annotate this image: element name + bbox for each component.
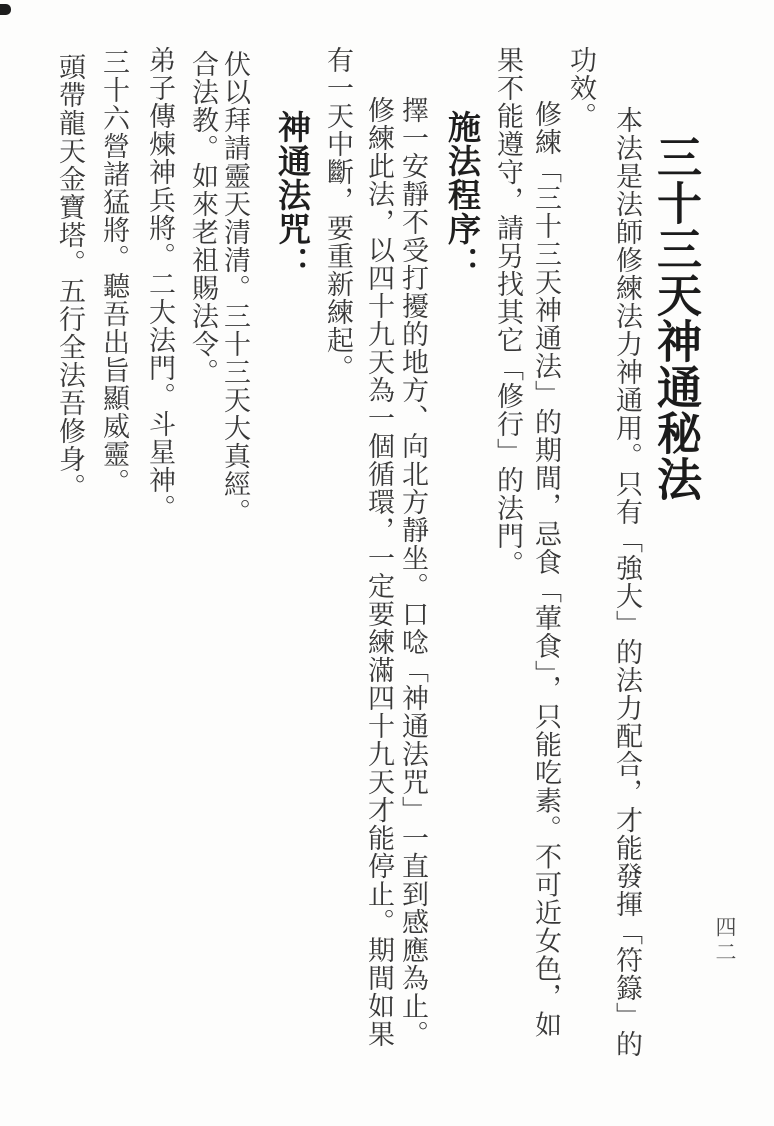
page-number: 四二 xyxy=(714,916,735,966)
book-page: 三十三天神通秘法 本法是法師修練法力神通用。只有「強大」的法力配合，才能發揮「符… xyxy=(0,0,774,1126)
mantra-line-2: 合法教。如來老祖賜法令。 xyxy=(189,50,216,386)
heading-ritual-procedure: 施法程序： xyxy=(444,110,477,280)
paragraph-4-line-2: 有一天中斷，要重新練起。 xyxy=(324,46,351,382)
paragraph-2-line-1: 修練「三十三天神通法」的期間，忌食「葷食」，只能吃素。不可近女色，如 xyxy=(532,100,559,1039)
paragraph-2-line-2: 果不能遵守，請另找其它「修行」的法門。 xyxy=(494,46,521,578)
paragraph-3-line-1: 擇一安靜不受打擾的地方、向北方靜坐。口唸「神通法咒」一直到感應為止。 xyxy=(399,96,426,1048)
scan-artifact xyxy=(0,4,11,15)
page-title: 三十三天神通秘法 xyxy=(652,134,697,502)
paragraph-1-line-2: 功效。 xyxy=(567,46,594,130)
mantra-line-5: 頭帶龍天金寶塔。五行全法吾修身。 xyxy=(56,53,83,501)
paragraph-4-line-1: 修練此法，以四十九天為一個循環，一定要練滿四十九天才能停止。期間如果 xyxy=(365,96,392,1048)
paragraph-1-line-1: 本法是法師修練法力神通用。只有「強大」的法力配合，才能發揮「符籙」的 xyxy=(613,106,640,1058)
heading-divine-power-mantra: 神通法咒： xyxy=(274,110,307,280)
mantra-line-3: 弟子傳煉神兵將。二大法門。斗星神。 xyxy=(146,46,173,522)
mantra-line-1: 伏以拜請靈天清清。三十三天大真經。 xyxy=(221,50,248,526)
mantra-line-4: 三十六營諸猛將。聽吾出旨顯威靈。 xyxy=(100,48,127,496)
